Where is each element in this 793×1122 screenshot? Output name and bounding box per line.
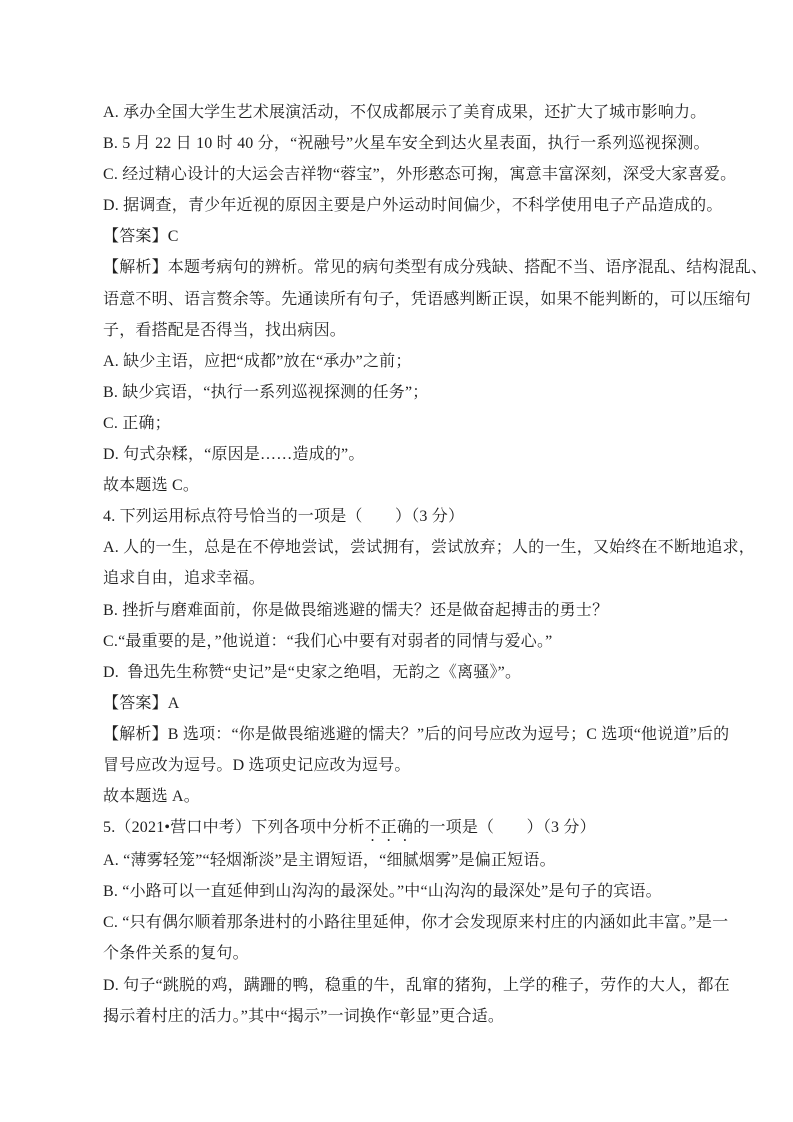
text-segment: C. 正确； [103,415,171,432]
text-line: 【解析】本题考病句的辨析。常见的病句类型有成分残缺、搭配不当、语序混乱、结构混乱… [103,252,728,283]
text-line: D. 句式杂糅，“原因是……造成的”。 [103,439,728,470]
text-segment: C. 经过精心设计的大运会吉祥物“蓉宝”，外形憨态可掬，寓意丰富深刻，深受大家喜… [103,166,736,183]
document-page: A. 承办全国大学生艺术展演活动，不仅成都展示了美育成果，还扩大了城市影响力。B… [0,0,793,1122]
text-segment: 冒号应改为逗号。D 选项史记应改为逗号。 [103,757,411,774]
text-line: A. 缺少主语，应把“成都”放在“承办”之前； [103,346,728,377]
text-segment: 【解析】本题考病句的辨析。常见的病句类型有成分残缺、搭配不当、语序混乱、结构混乱… [103,259,767,276]
text-line: 故本题选 C。 [103,470,728,501]
text-line: C.“最重要的是，”他说道：“我们心中要有对弱者的同情与爱心。” [103,626,728,657]
text-segment: D. 据调查，青少年近视的原因主要是户外运动时间偏少，不科学使用电子产品造成的。 [103,197,723,214]
text-line: 【答案】C [103,221,728,252]
text-line: 5.（2021•营口中考）下列各项中分析不正确的一项是（ ）（3 分） [103,812,728,845]
text-segment: 【解析】B 选项：“你是做畏缩逃避的懦夫？”后的问号应改为逗号；C 选项“他说道… [103,726,729,743]
text-segment: 故本题选 C。 [103,477,199,494]
text-line: D. 鲁迅先生称赞“史记”是“史家之绝唱，无韵之《离骚》”。 [103,657,728,688]
text-segment: B. 挫折与磨难面前，你是做畏缩逃避的懦夫？还是做奋起搏击的勇士？ [103,602,608,619]
text-segment: C. “只有偶尔顺着那条进村的小路往里延伸，你才会发现原来村庄的内涵如此丰富。”… [103,914,728,931]
text-line: B. 缺少宾语，“执行一系列巡视探测的任务”； [103,377,728,408]
text-segment: 揭示着村庄的活力。”其中“揭示”一词换作“彰显”更合适。 [103,1008,504,1025]
text-segment: D. 鲁迅先生称赞“史记”是“史家之绝唱，无韵之《离骚》”。 [103,664,521,681]
text-segment: B. “小路可以一直延伸到山沟沟的最深处。”中“山沟沟的最深处”是句子的宾语。 [103,883,662,900]
text-line: 4. 下列运用标点符号恰当的一项是（ ）（3 分） [103,501,728,532]
text-line: 故本题选 A。 [103,781,728,812]
text-segment: A. 人的一生，总是在不停地尝试，尝试拥有，尝试放弃；人的一生，又始终在不断地追… [103,539,755,556]
text-line: 子，看搭配是否得当，找出病因。 [103,315,728,346]
text-line: D. 句子“跳脱的鸡，蹒跚的鸭，稳重的牛，乱窜的猪狗，上学的稚子，劳作的大人，都… [103,970,728,1001]
text-segment: 故本题选 A。 [103,788,200,805]
text-line: 【解析】B 选项：“你是做畏缩逃避的懦夫？”后的问号应改为逗号；C 选项“他说道… [103,719,728,750]
text-segment: B. 5 月 22 日 10 时 40 分，“祝融号”火星车安全到达火星表面，执… [103,135,710,152]
text-segment: C.“最重要的是，”他说道：“我们心中要有对弱者的同情与爱心。” [103,633,552,650]
text-line: 揭示着村庄的活力。”其中“揭示”一词换作“彰显”更合适。 [103,1001,728,1032]
text-line: 冒号应改为逗号。D 选项史记应改为逗号。 [103,750,728,781]
text-line: A. 人的一生，总是在不停地尝试，尝试拥有，尝试放弃；人的一生，又始终在不断地追… [103,532,728,563]
text-segment: B. 缺少宾语，“执行一系列巡视探测的任务”； [103,384,428,401]
text-segment: 子，看搭配是否得当，找出病因。 [103,322,346,339]
text-line: B. 5 月 22 日 10 时 40 分，“祝融号”火星车安全到达火星表面，执… [103,128,728,159]
text-line: B. 挫折与磨难面前，你是做畏缩逃避的懦夫？还是做奋起搏击的勇士？ [103,595,728,626]
text-line: D. 据调查，青少年近视的原因主要是户外运动时间偏少，不科学使用电子产品造成的。 [103,190,728,221]
text-segment: 4. 下列运用标点符号恰当的一项是（ ）（3 分） [103,508,464,525]
text-line: 追求自由，追求幸福。 [103,563,728,594]
text-segment: D. 句子“跳脱的鸡，蹒跚的鸭，稳重的牛，乱窜的猪狗，上学的稚子，劳作的大人，都… [103,977,730,994]
text-line: B. “小路可以一直延伸到山沟沟的最深处。”中“山沟沟的最深处”是句子的宾语。 [103,876,728,907]
text-segment: A. 缺少主语，应把“成都”放在“承办”之前； [103,353,412,370]
text-segment: 个条件关系的复句。 [103,945,249,962]
text-line: A. 承办全国大学生艺术展演活动，不仅成都展示了美育成果，还扩大了城市影响力。 [103,97,728,128]
text-line: C. 正确； [103,408,728,439]
text-line: 个条件关系的复句。 [103,938,728,969]
text-line: 【答案】A [103,688,728,719]
text-segment: 【答案】A [103,695,180,712]
text-line: A. “薄雾轻笼”“轻烟渐淡”是主谓短语，“细腻烟雾”是偏正短语。 [103,845,728,876]
text-segment: 的一项是（ ）（3 分） [413,819,596,836]
text-segment: A. “薄雾轻笼”“轻烟渐淡”是主谓短语，“细腻烟雾”是偏正短语。 [103,852,556,869]
text-line: C. 经过精心设计的大运会吉祥物“蓉宝”，外形憨态可掬，寓意丰富深刻，深受大家喜… [103,159,728,190]
text-segment: 5.（2021•营口中考）下列各项中分析 [103,819,365,836]
text-segment: 【答案】C [103,228,179,245]
text-segment: A. 承办全国大学生艺术展演活动，不仅成都展示了美育成果，还扩大了城市影响力。 [103,104,706,121]
text-line: 语意不明、语言赘余等。先通读所有句子，凭语感判断正误，如果不能判断的，可以压缩句 [103,284,728,315]
text-segment: 语意不明、语言赘余等。先通读所有句子，凭语感判断正误，如果不能判断的，可以压缩句 [103,291,751,308]
text-segment: D. 句式杂糅，“原因是……造成的”。 [103,446,365,463]
emphasized-text: 不正确 [365,819,414,836]
document-text-block: A. 承办全国大学生艺术展演活动，不仅成都展示了美育成果，还扩大了城市影响力。B… [103,97,728,1032]
text-segment: 追求自由，追求幸福。 [103,570,265,587]
text-line: C. “只有偶尔顺着那条进村的小路往里延伸，你才会发现原来村庄的内涵如此丰富。”… [103,907,728,938]
